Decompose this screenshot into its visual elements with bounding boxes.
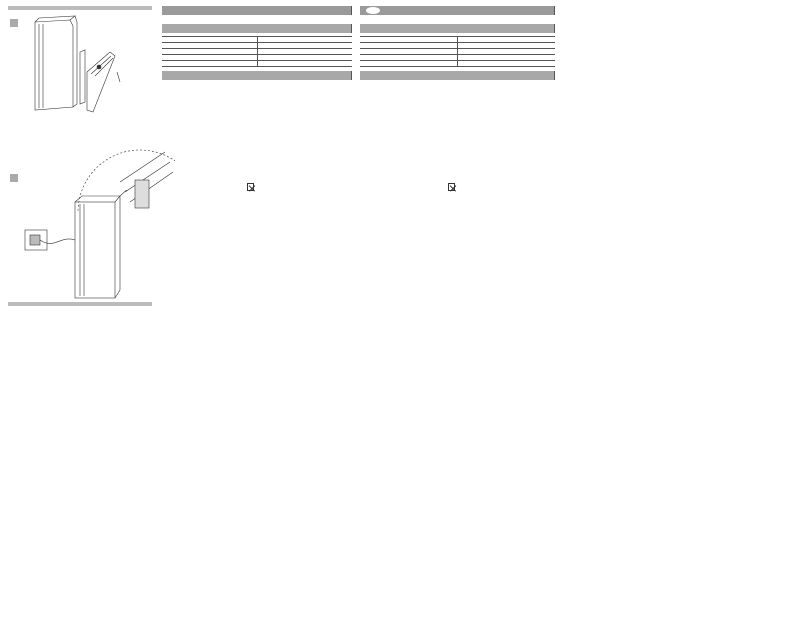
table-row — [360, 61, 555, 67]
lamp-illustration-b — [20, 190, 160, 310]
wheelie-bin-crossed-icon — [247, 183, 254, 191]
tech-header — [360, 24, 555, 33]
figure-b-label — [10, 174, 18, 182]
table-row — [162, 61, 352, 67]
section-header — [360, 6, 555, 15]
figure-a-top-rule — [8, 6, 152, 10]
tech-header — [162, 24, 352, 33]
intro-text — [360, 15, 555, 20]
intro-text — [162, 15, 352, 20]
warnings-text — [360, 80, 555, 194]
figure-a-label — [10, 19, 18, 27]
section-italian — [162, 6, 352, 194]
warnings-text — [162, 80, 352, 194]
flag-gb-icon — [366, 7, 380, 14]
figure-b-bottom-rule — [8, 302, 152, 306]
warnings-header — [162, 71, 352, 80]
tech-table — [360, 36, 555, 67]
section-header — [162, 6, 352, 15]
lamp-illustration-a — [25, 12, 175, 212]
warnings-header — [360, 71, 555, 80]
section-english — [360, 6, 555, 194]
wheelie-bin-crossed-icon — [448, 183, 455, 191]
tech-table — [162, 36, 352, 67]
